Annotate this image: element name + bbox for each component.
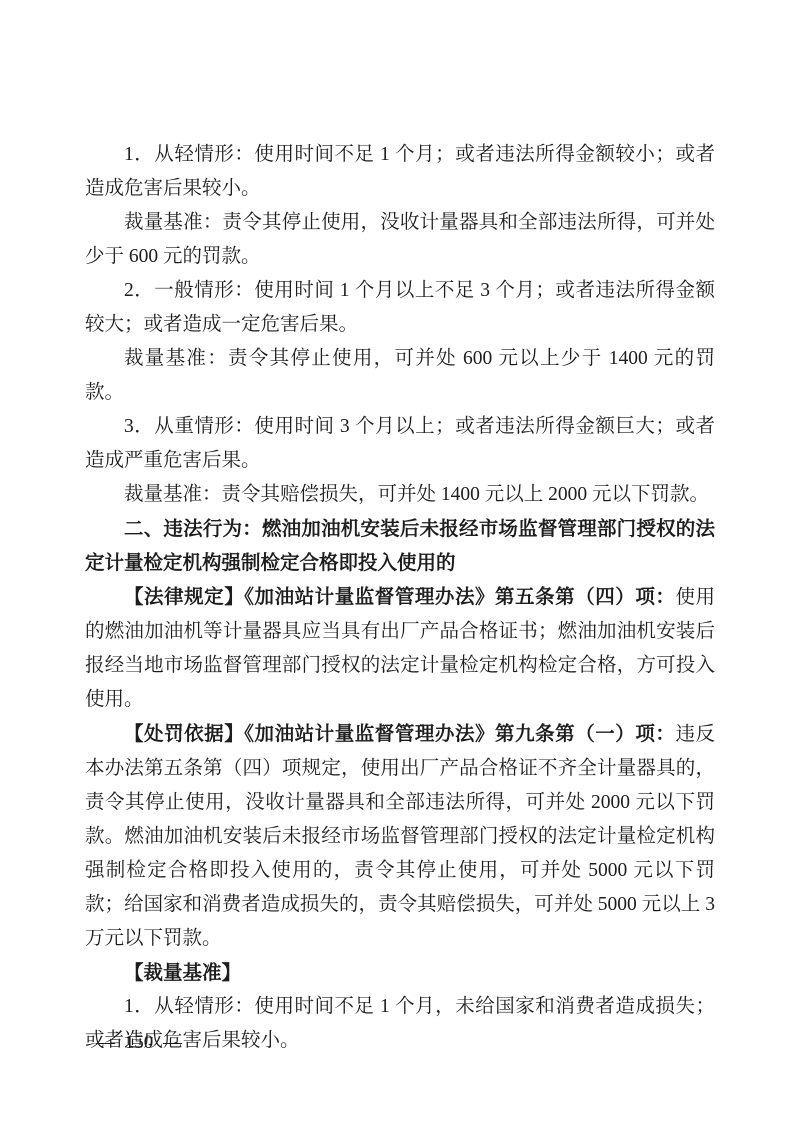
penalty-basis-text: 违反本办法第五条第（四）项规定，使用出厂产品合格证不齐全计量器具的，责令其停止使…	[85, 724, 715, 949]
section-heading-violation-2: 二、违法行为：燃油加油机安装后未报经市场监督管理部门授权的法定计量检定机构强制检…	[85, 512, 715, 580]
document-body: 1．从轻情形：使用时间不足 1 个月；或者违法所得金额较小；或者造成危害后果较小…	[85, 138, 715, 1058]
section-heading-discretion-standard: 【裁量基准】	[85, 956, 715, 990]
paragraph-discretion-standard-2: 裁量基准：责令其停止使用，可并处 600 元以上少于 1400 元的罚款。	[85, 342, 715, 410]
penalty-basis-label: 【处罚依据】《加油站计量监督管理办法》第九条第（一）项：	[124, 723, 675, 745]
legal-provision-label: 【法律规定】《加油站计量监督管理办法》第五条第（四）项：	[124, 586, 675, 608]
document-page: 1．从轻情形：使用时间不足 1 个月；或者违法所得金额较小；或者造成危害后果较小…	[0, 0, 793, 1122]
paragraph-mitigating-circumstance-1: 1．从轻情形：使用时间不足 1 个月；或者违法所得金额较小；或者造成危害后果较小…	[85, 138, 715, 206]
paragraph-discretion-standard-1: 裁量基准：责令其停止使用，没收计量器具和全部违法所得，可并处少于 600 元的罚…	[85, 206, 715, 274]
paragraph-penalty-basis: 【处罚依据】《加油站计量监督管理办法》第九条第（一）项：违反本办法第五条第（四）…	[85, 717, 715, 956]
paragraph-general-circumstance: 2．一般情形：使用时间 1 个月以上不足 3 个月；或者违法所得金额较大；或者造…	[85, 274, 715, 342]
paragraph-legal-provision: 【法律规定】《加油站计量监督管理办法》第五条第（四）项：使用的燃油加油机等计量器…	[85, 580, 715, 717]
paragraph-aggravating-circumstance: 3．从重情形：使用时间 3 个月以上；或者违法所得金额巨大；或者造成严重危害后果…	[85, 410, 715, 478]
paragraph-discretion-standard-3: 裁量基准：责令其赔偿损失，可并处 1400 元以上 2000 元以下罚款。	[85, 478, 715, 512]
page-number: — 150 —	[96, 1030, 182, 1056]
